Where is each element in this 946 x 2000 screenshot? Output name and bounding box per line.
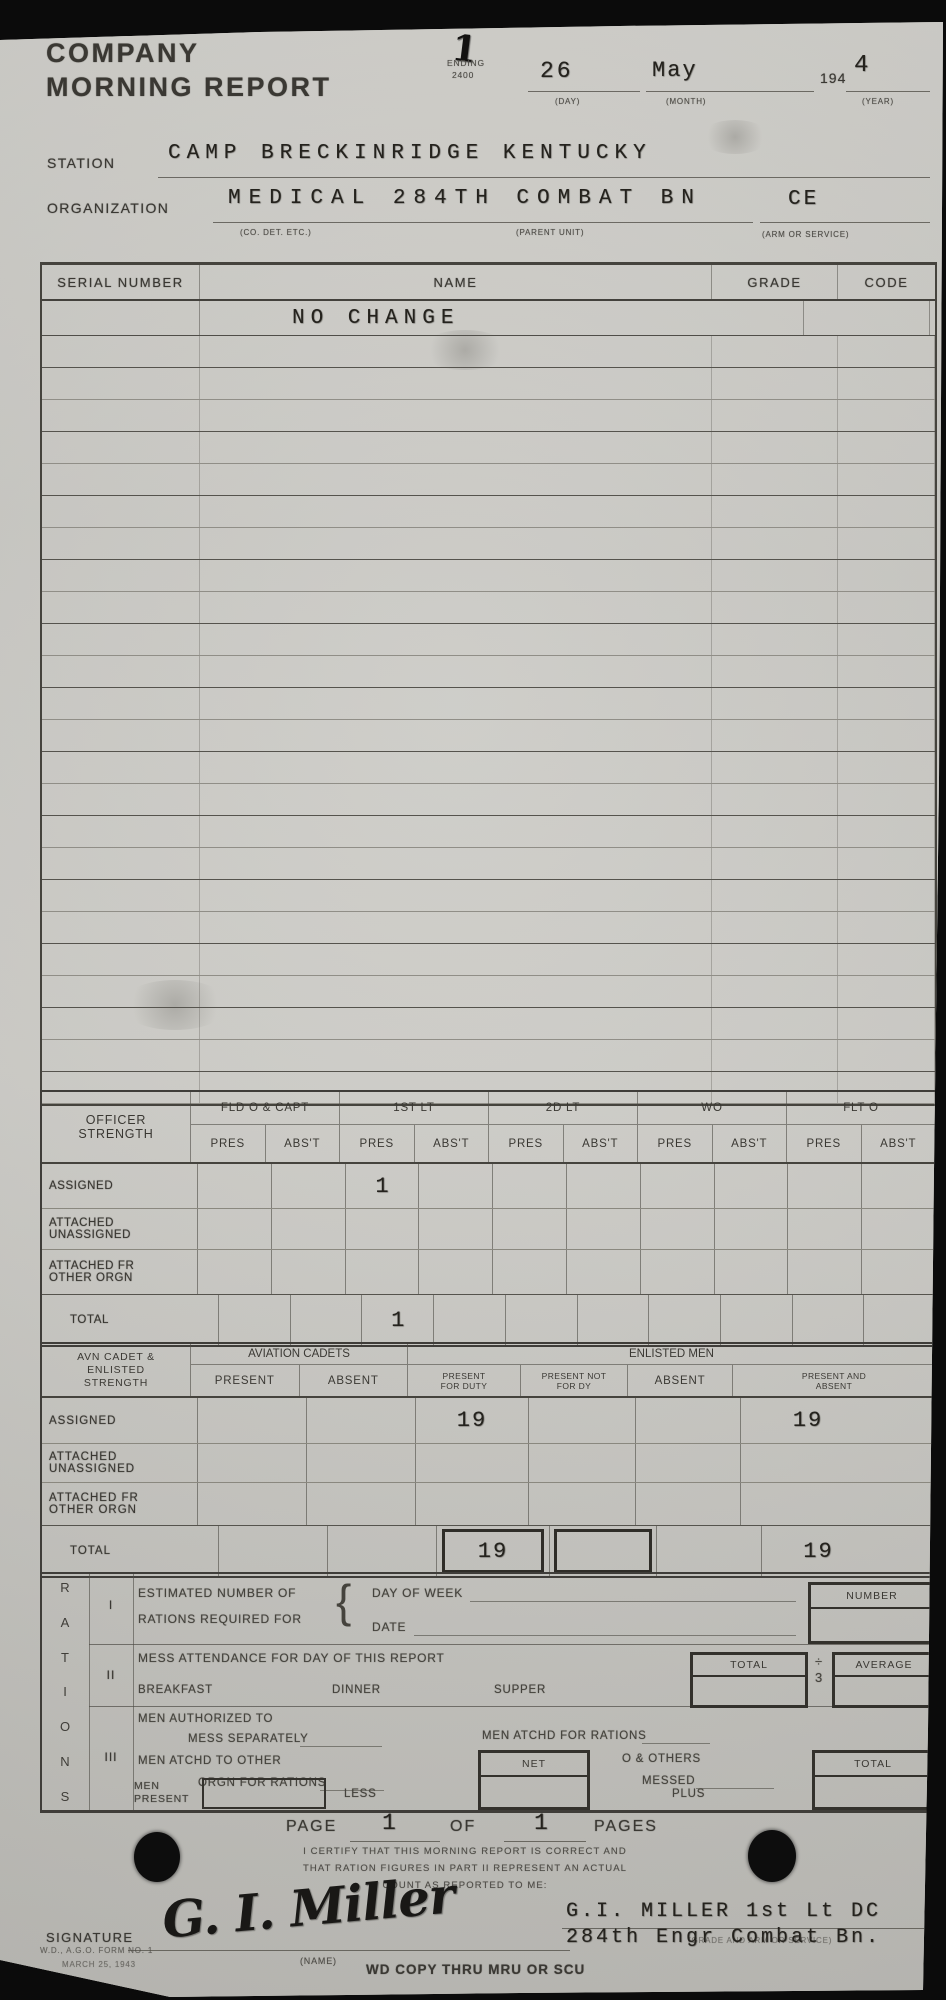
typed-name: G.I. MILLER 1st Lt DC	[566, 1900, 881, 1923]
day-of-week-label: DAY OF WEEK	[372, 1586, 463, 1600]
rations1-label-line1: ESTIMATED NUMBER OF	[138, 1586, 296, 1600]
officer-row-attached-unassigned: ATTACHED UNASSIGNED	[42, 1209, 935, 1250]
sub-pres: PRES	[638, 1125, 713, 1162]
less-label: LESS	[344, 1788, 377, 1800]
rations1-label-line2: RATIONS REQUIRED FOR	[138, 1612, 302, 1626]
date-day-value: 26	[540, 58, 574, 84]
sub-abst: ABS'T	[564, 1125, 638, 1162]
roster-empty-row	[42, 656, 935, 688]
rations-numeral-2: II	[89, 1668, 133, 1682]
officer-strength-title: OFFICER STRENGTH	[42, 1092, 191, 1162]
col-present-for-duty: PRESENT FOR DUTY	[408, 1365, 521, 1396]
year-underline	[846, 91, 930, 92]
rations-numeral-1: I	[89, 1598, 133, 1612]
roster-empty-row	[42, 944, 935, 976]
certify-line2: THAT RATION FIGURES IN PART II REPRESENT…	[255, 1863, 675, 1874]
men-present-label: MEN PRESENT	[134, 1780, 196, 1806]
year-prefix: 194	[820, 70, 846, 86]
roster-empty-row	[42, 720, 935, 752]
sub-abst: ABS'T	[862, 1125, 936, 1162]
organization-sub-label-parent: (PARENT UNIT)	[516, 228, 584, 237]
ending-label-line2: 2400	[452, 70, 474, 80]
date-line	[414, 1635, 796, 1636]
enlisted-assigned-present-for-duty: 19	[416, 1398, 529, 1443]
signature-script: G. I. Miller	[160, 1865, 456, 1949]
enlisted-row-attached-unassigned: ATTACHED UNASSIGNED	[42, 1444, 935, 1483]
rations-hline	[89, 1644, 935, 1645]
roster-entry-text: NO CHANGE	[200, 301, 804, 335]
month-underline	[646, 91, 814, 92]
group-enlisted-men: ENLISTED MEN	[408, 1344, 935, 1365]
roster-empty-row	[42, 368, 935, 400]
divide-by-three: ÷ 3	[810, 1654, 828, 1686]
of-label: OF	[450, 1818, 476, 1836]
brace: {	[336, 1574, 351, 1628]
officer-rank-wo: WO	[638, 1092, 786, 1125]
roster-col-grade: GRADE	[712, 265, 838, 299]
roster-empty-row	[42, 624, 935, 656]
name-sub-label: (NAME)	[300, 1956, 337, 1966]
officer-rank-2d-lt: 2D LT	[489, 1092, 637, 1125]
page-label: PAGE	[286, 1818, 337, 1836]
officer-assigned-1st-lt-pres: 1	[346, 1164, 420, 1208]
sub-pres: PRES	[489, 1125, 564, 1162]
average-box-label: AVERAGE	[835, 1655, 933, 1677]
messed-line	[696, 1788, 774, 1789]
form-title-line1: COMPANY	[46, 38, 200, 69]
officer-row-total: TOTAL 1	[42, 1295, 935, 1345]
enlisted-strength-title: AVN CADET & ENLISTED STRENGTH	[42, 1344, 191, 1396]
o-and-others-line2: MESSED	[642, 1775, 695, 1787]
sub-abst: ABS'T	[713, 1125, 787, 1162]
col-absent: ABSENT	[300, 1365, 408, 1396]
supper-label: SUPPER	[494, 1684, 546, 1696]
officer-rank-flt-o: FLT O	[787, 1092, 935, 1125]
officer-row-assigned: ASSIGNED 1	[42, 1164, 935, 1209]
officer-rank-fld-o-capt: FLD O & CAPT	[191, 1092, 339, 1125]
officer-strength-table: OFFICER STRENGTH FLD O & CAPT PRES ABS'T…	[40, 1090, 937, 1347]
enlisted-row-total: TOTAL 19 19	[42, 1526, 935, 1576]
form-title-line2: MORNING REPORT	[46, 72, 332, 103]
roster-empty-row	[42, 848, 935, 880]
rations-divider	[133, 1574, 134, 1810]
rations-hline	[89, 1706, 935, 1707]
enlisted-row-assigned: ASSIGNED 19 19	[42, 1398, 935, 1444]
roster-header-row: SERIAL NUMBER NAME GRADE CODE	[42, 265, 935, 301]
roster-col-name: NAME	[200, 265, 712, 299]
roster-empty-row	[42, 688, 935, 720]
roster-empty-row	[42, 560, 935, 592]
distribution-note: WD COPY THRU MRU OR SCU	[366, 1962, 585, 1977]
year-label: (YEAR)	[862, 97, 894, 106]
mess-total-box-label: TOTAL	[693, 1655, 805, 1677]
enlisted-row-attached-fr: ATTACHED FR OTHER ORGN	[42, 1483, 935, 1526]
arm-underline	[760, 222, 930, 223]
officer-rank-1st-lt: 1ST LT	[340, 1092, 488, 1125]
roster-empty-row	[42, 880, 935, 912]
men-atchd-for-rations: MEN ATCHD FOR RATIONS	[482, 1730, 647, 1742]
breakfast-label: BREAKFAST	[138, 1684, 213, 1696]
roster-empty-row	[42, 432, 935, 464]
roster-empty-row	[42, 1040, 935, 1072]
enlisted-total-present-for-duty-box: 19	[442, 1529, 544, 1573]
punch-hole-right	[748, 1830, 796, 1882]
page-value-line	[350, 1841, 440, 1842]
organization-underline	[213, 222, 753, 223]
roster-empty-row	[42, 752, 935, 784]
punch-hole-left	[134, 1832, 180, 1882]
men-authorized-line1: MEN AUTHORIZED TO	[138, 1713, 273, 1725]
men-atchd-other-line1: MEN ATCHD TO OTHER	[138, 1755, 281, 1767]
enlisted-total-not-for-dy-box	[554, 1529, 652, 1573]
o-and-others-line1: O & OTHERS	[622, 1753, 701, 1765]
col-present-and-absent: PRESENT AND ABSENT	[733, 1365, 935, 1396]
scan-smudge	[420, 330, 510, 370]
day-underline	[528, 91, 640, 92]
roster-empty-row	[42, 912, 935, 944]
organization-value: MEDICAL 284TH COMBAT BN	[228, 187, 702, 210]
ending-label-line1: ENDING	[447, 58, 485, 68]
page-value: 1	[382, 1810, 396, 1836]
paper-sheet: COMPANY MORNING REPORT 1 ENDING 2400 26 …	[0, 0, 946, 2000]
rations-total-box: TOTAL	[812, 1750, 934, 1810]
number-box-label: NUMBER	[811, 1585, 933, 1609]
roster-empty-row	[42, 592, 935, 624]
pages-label: PAGES	[594, 1818, 658, 1836]
rations-numeral-3: III	[89, 1750, 133, 1764]
col-enlisted-absent: ABSENT	[628, 1365, 733, 1396]
day-of-week-line	[470, 1601, 796, 1602]
date-label: DATE	[372, 1620, 406, 1634]
roster-empty-row	[42, 464, 935, 496]
sub-abst: ABS'T	[266, 1125, 340, 1162]
month-label: (MONTH)	[666, 97, 706, 106]
date-year-value: 4	[854, 52, 868, 79]
organization-sub-label-unit: (CO. DET. ETC.)	[240, 228, 312, 237]
officer-row-attached-fr: ATTACHED FR OTHER ORGN	[42, 1250, 935, 1295]
men-authorized-line2: MESS SEPARATELY	[188, 1733, 309, 1745]
sub-pres: PRES	[191, 1125, 266, 1162]
rations-section: R A T I O N S I II III ESTIMATED NUMBER …	[40, 1572, 937, 1813]
roster-entry-row: NO CHANGE	[42, 301, 935, 336]
col-present: PRESENT	[191, 1365, 300, 1396]
net-box: NET	[478, 1750, 590, 1810]
enlisted-strength-table: AVN CADET & ENLISTED STRENGTH AVIATION C…	[40, 1342, 937, 1578]
rations-side-label: R A T I O N S	[42, 1580, 89, 1804]
organization-label: ORGANIZATION	[47, 200, 169, 216]
typed-unit: 284th Engr Combat Bn.	[566, 1926, 881, 1949]
pages-value: 1	[534, 1810, 548, 1836]
col-present-not-for-dy: PRESENT NOT FOR DY	[521, 1365, 628, 1396]
station-value: CAMP BRECKINRIDGE KENTUCKY	[168, 142, 652, 165]
scanned-morning-report: COMPANY MORNING REPORT 1 ENDING 2400 26 …	[0, 0, 946, 2000]
sub-pres: PRES	[340, 1125, 415, 1162]
sub-abst: ABS'T	[415, 1125, 489, 1162]
date-month-value: May	[652, 58, 698, 83]
arm-service-value: CE	[788, 188, 819, 211]
day-label: (DAY)	[555, 97, 580, 106]
mess-total-box: TOTAL	[690, 1652, 808, 1708]
roster-empty-row	[42, 528, 935, 560]
atchd-for-rations-line	[642, 1743, 710, 1744]
group-aviation-cadets: AVIATION CADETS	[191, 1344, 407, 1365]
roster-empty-row	[42, 496, 935, 528]
plus-label: PLUS	[672, 1788, 705, 1800]
sub-pres: PRES	[787, 1125, 862, 1162]
enlisted-assigned-present-and-absent: 19	[741, 1398, 935, 1443]
men-present-box	[202, 1778, 326, 1809]
certify-line1: I CERTIFY THAT THIS MORNING REPORT IS CO…	[255, 1846, 675, 1857]
scan-smudge	[700, 120, 770, 154]
roster-col-serial: SERIAL NUMBER	[42, 265, 200, 299]
net-box-label: NET	[481, 1753, 587, 1777]
mess-separately-line	[300, 1746, 382, 1747]
average-box: AVERAGE	[832, 1652, 936, 1708]
station-underline	[158, 177, 930, 178]
arm-service-label: (ARM OR SERVICE)	[762, 230, 849, 239]
number-box: NUMBER	[808, 1582, 936, 1644]
station-label: STATION	[47, 155, 115, 171]
form-id-line1: W.D., A.G.O. FORM NO. 1	[40, 1946, 153, 1955]
roster-empty-row	[42, 400, 935, 432]
roster-col-code: CODE	[838, 265, 935, 299]
dinner-label: DINNER	[332, 1684, 381, 1696]
signature-line	[128, 1950, 570, 1951]
roster-empty-row	[42, 784, 935, 816]
pages-value-line	[504, 1841, 586, 1842]
enlisted-total-present-and-absent: 19	[762, 1526, 935, 1576]
form-id-line2: MARCH 25, 1943	[62, 1960, 136, 1969]
officer-total-1st-lt-pres: 1	[362, 1295, 434, 1345]
rations-total-box-label: TOTAL	[815, 1753, 931, 1777]
signature-label: SIGNATURE	[46, 1930, 133, 1945]
scan-smudge	[120, 980, 230, 1030]
mess-attendance-label: MESS ATTENDANCE FOR DAY OF THIS REPORT	[138, 1651, 445, 1665]
roster-empty-row	[42, 816, 935, 848]
